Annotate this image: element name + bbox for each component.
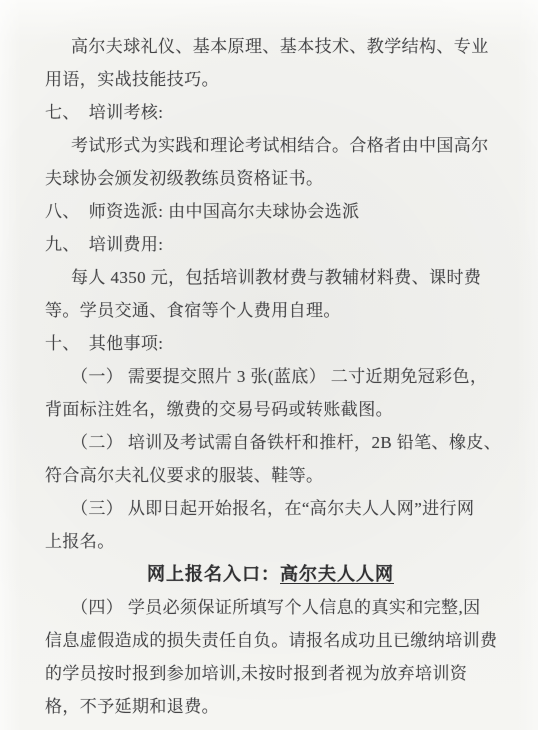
registration-portal-name: 高尔夫人人网 xyxy=(280,564,394,584)
document-line: 格，不予延期和退费。 xyxy=(45,690,496,723)
document-line: 背面标注姓名，缴费的交易号码或转账截图。 xyxy=(45,393,496,426)
document-line: 信息虚假造成的损失责任自负。请报名成功且已缴纳培训费 xyxy=(45,624,496,657)
document-line: 等。学员交通、食宿等个人费用自理。 xyxy=(45,294,496,327)
document-line: 符合高尔夫礼仪要求的服装、鞋等。 xyxy=(45,459,496,492)
document-line: 七、 培训考核: xyxy=(45,96,496,129)
document-line: 的学员按时报到参加培训,未按时报到者视为放弃培训资 xyxy=(45,657,496,690)
document-body: 高尔夫球礼仪、基本原理、基本技术、教学结构、专业用语，实战技能技巧。七、 培训考… xyxy=(0,0,538,723)
document-line: 每人 4350 元，包括培训教材费与教辅材料费、课时费 xyxy=(45,261,496,294)
document-line: 十、 其他事项: xyxy=(45,327,496,360)
document-line: 考试形式为实践和理论考试相结合。合格者由中国高尔 xyxy=(45,129,496,162)
document-line: 八、 师资选派: 由中国高尔夫球协会选派 xyxy=(45,195,496,228)
document-line: （二） 培训及考试需自备铁杆和推杆，2B 铅笔、橡皮、 xyxy=(45,426,496,459)
document-line: （三） 从即日起开始报名，在“高尔夫人人网”进行网 xyxy=(45,492,496,525)
document-line: 夫球协会颁发初级教练员资格证书。 xyxy=(45,162,496,195)
document-line: 用语，实战技能技巧。 xyxy=(45,63,496,96)
entry-label: 网上报名入口： xyxy=(147,564,280,584)
document-line: 上报名。 xyxy=(45,525,496,558)
document-line: （一） 需要提交照片 3 张(蓝底） 二寸近期免冠彩色， xyxy=(45,360,496,393)
scanned-document-page: 高尔夫球礼仪、基本原理、基本技术、教学结构、专业用语，实战技能技巧。七、 培训考… xyxy=(0,0,538,730)
document-line: 九、 培训费用: xyxy=(45,228,496,261)
online-registration-entry-line: 网上报名入口：高尔夫人人网 xyxy=(45,558,496,591)
document-line: 高尔夫球礼仪、基本原理、基本技术、教学结构、专业 xyxy=(45,30,496,63)
document-line: （四） 学员必须保证所填写个人信息的真实和完整,因 xyxy=(45,591,496,624)
